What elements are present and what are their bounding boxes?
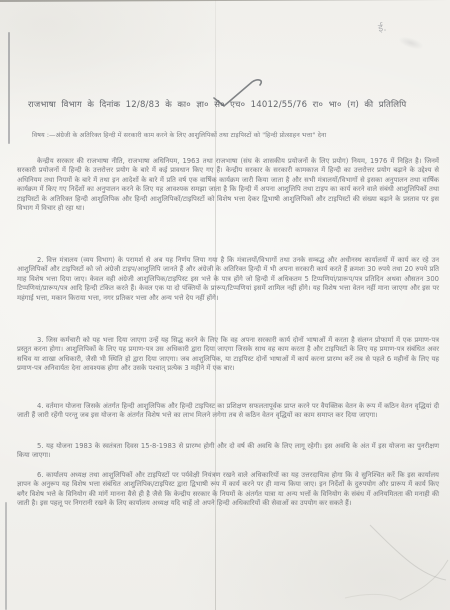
handwritten-page-mark: ई. bbox=[377, 20, 387, 35]
copy-reference-line: राजभाषा विभाग के दिनांक 12/8/83 के का० ज… bbox=[28, 99, 442, 111]
pencil-smudge bbox=[397, 34, 425, 52]
paragraph-3: 3. जिस कर्मचारी को यह भत्ता दिया जाएगा उ… bbox=[17, 336, 439, 374]
margin-pen-line-bottom bbox=[5, 502, 7, 610]
paper-fold-line bbox=[215, 0, 216, 610]
scan-edge-artifact bbox=[0, 0, 450, 2]
scanned-document-page: ई. राजभाषा विभाग के दिनांक 12/8/83 के का… bbox=[0, 0, 450, 610]
paragraph-2: 2. वित्त मंत्रालय (व्यय विभाग) के परामर्… bbox=[17, 256, 439, 303]
paragraph-5: 5. यह योजना 1983 के स्वतंत्रता दिवस 15-8… bbox=[17, 442, 439, 461]
paragraph-1: केन्द्रीय सरकार की राजभाषा नीति, राजभाषा… bbox=[17, 157, 439, 213]
paper-crease-marks bbox=[250, 520, 450, 610]
margin-pen-line-top bbox=[8, 32, 10, 144]
paragraph-4: 4. वर्तमान योजना जिसके अंतर्गत हिन्दी आश… bbox=[17, 402, 439, 421]
paragraph-6: 6. कार्यालय अध्यक्ष तथा आशुलिपिकों और टा… bbox=[17, 471, 439, 509]
subject-line: विषय :—अंग्रेजी के अतिरिक्त हिन्दी में स… bbox=[32, 130, 444, 139]
